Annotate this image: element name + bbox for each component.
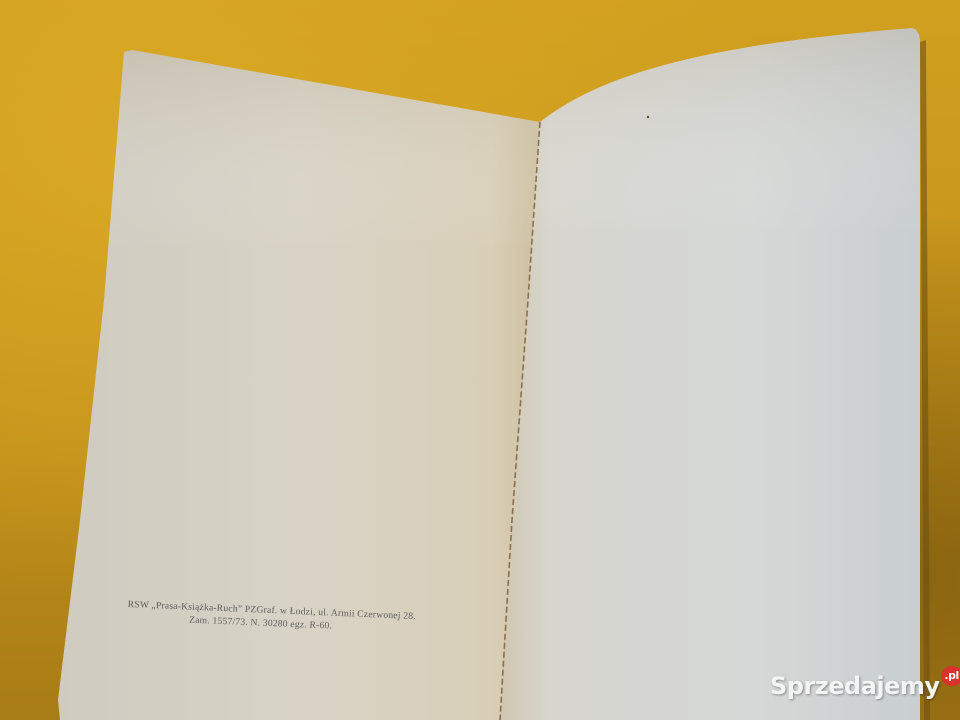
sprzedajemy-watermark: Sprzedajemy .pl xyxy=(770,672,960,700)
watermark-tld-badge: .pl xyxy=(941,666,960,686)
watermark-brand: Sprzedajemy xyxy=(770,672,940,700)
photo-scene: RSW „Prasa-Książka-Ruch” PZGraf. w Łodzi… xyxy=(0,0,960,720)
